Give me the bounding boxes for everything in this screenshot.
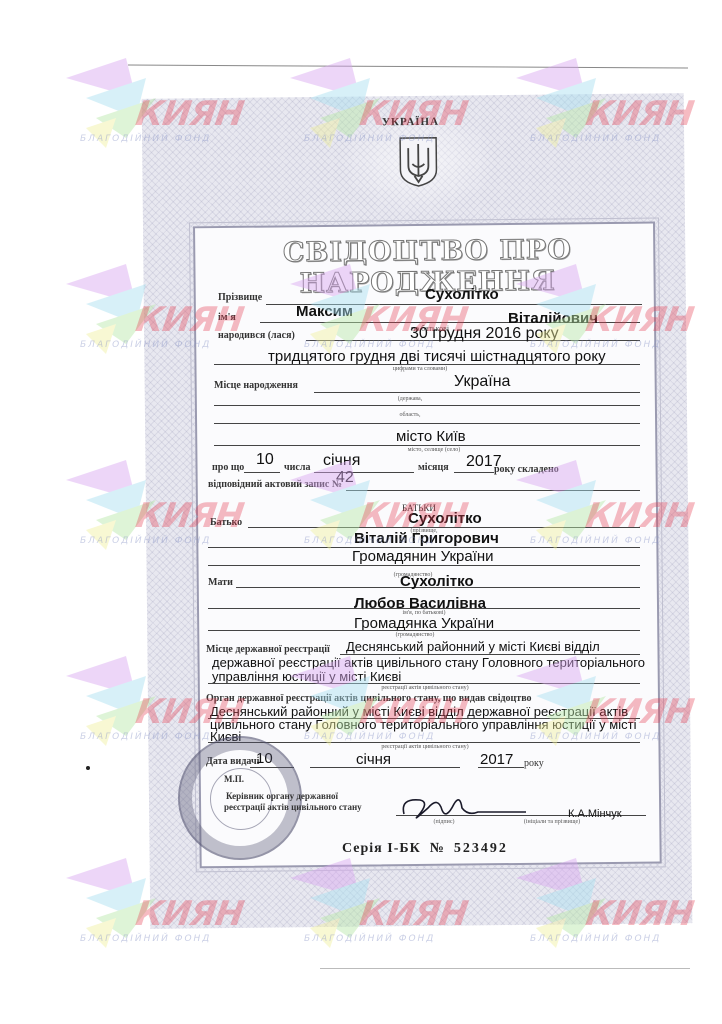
rule xyxy=(314,472,414,473)
rule xyxy=(214,423,640,424)
label-surname: Прізвище xyxy=(218,292,262,303)
caption-reg: реєстрації актів цивільного стану) xyxy=(370,685,480,691)
birth-date-words: тридцятого грудня дві тисячі шістнадцято… xyxy=(268,348,606,365)
serial-number: Серія І-БК № 523492 xyxy=(342,841,508,857)
label-day: числа xyxy=(284,462,310,473)
reg-place-line1: Деснянський районний у місті Києві відді… xyxy=(346,639,600,654)
rule xyxy=(208,565,640,566)
label-seal: М.П. xyxy=(224,774,244,784)
issuer-line2: цивільного стану Головного територіально… xyxy=(210,717,636,732)
child-surname: Сухолітко xyxy=(425,286,499,303)
rule xyxy=(454,472,494,473)
birth-date-digits: 30 грудня 2016 року xyxy=(410,325,559,343)
serial-digits: 523492 xyxy=(454,841,508,856)
issue-month: січня xyxy=(356,751,391,768)
watermark-tagline: БЛАГОДІЙНИЙ ФОНД xyxy=(80,934,211,944)
caption-citizenship: (громадянство) xyxy=(390,632,440,638)
birth-city: місто Київ xyxy=(396,428,466,445)
label-year-made: року складено xyxy=(494,464,559,475)
caption-region: область, xyxy=(390,412,430,418)
record-number: 42 xyxy=(336,469,354,487)
caption-signature: (підпис) xyxy=(424,819,464,825)
label-head-line1: Керівник органу державної xyxy=(226,791,338,801)
reg-place-line3: управління юстиції у місті Києві xyxy=(212,669,401,684)
father-surname: Сухолітко xyxy=(408,510,482,527)
scan-edge-top xyxy=(128,65,688,69)
label-about: про що xyxy=(212,462,244,473)
label-year: року xyxy=(524,758,544,769)
watermark-tagline: БЛАГОДІЙНИЙ ФОНД xyxy=(530,934,661,944)
trident-coat-of-arms-icon xyxy=(398,136,439,188)
label-born: народився (лася) xyxy=(218,330,295,341)
label-month: місяця xyxy=(418,462,449,473)
rule xyxy=(208,742,640,743)
rule xyxy=(208,630,640,631)
caption-reg: реєстрації актів цивільного стану) xyxy=(370,744,480,750)
label-record-number: відповідний актовий запис № xyxy=(208,479,342,490)
label-issuer: Орган державної реєстрації актів цивільн… xyxy=(206,693,532,704)
mother-surname: Сухолітко xyxy=(400,573,474,590)
rule xyxy=(214,445,640,446)
caption-city: місто, селище (село) xyxy=(394,447,474,453)
birth-country: Україна xyxy=(454,373,510,391)
scan-edge-bottom xyxy=(320,968,690,969)
caption-digits-words: цифрами та словами) xyxy=(380,366,460,372)
series-label: Серія І-БК xyxy=(342,841,421,856)
record-day: 10 xyxy=(256,451,274,469)
issue-year: 2017 xyxy=(480,751,513,768)
rule xyxy=(244,472,280,473)
caption-state: (держава, xyxy=(390,396,430,402)
label-mother: Мати xyxy=(208,577,233,588)
label-reg-place: Місце державної реєстрації xyxy=(206,644,330,655)
child-name: Максим xyxy=(296,303,353,320)
rule xyxy=(248,527,640,528)
scan-speck xyxy=(86,766,90,770)
reg-place-line2: державної реєстрації актів цивільного ст… xyxy=(212,655,645,670)
label-head-line2: реєстрації актів цивільного стану xyxy=(224,802,362,812)
rule xyxy=(346,490,640,491)
rule xyxy=(214,405,640,406)
country-heading: УКРАЇНА xyxy=(382,116,439,129)
father-name: Віталій Григорович xyxy=(354,530,499,547)
label-father: Батько xyxy=(210,517,242,528)
record-month: січня xyxy=(323,452,360,470)
label-name: ім'я xyxy=(218,312,236,323)
watermark-tagline: БЛАГОДІЙНИЙ ФОНД xyxy=(304,934,435,944)
father-citizenship: Громадянин України xyxy=(352,548,494,565)
label-birthplace: Місце народження xyxy=(214,380,298,391)
number-sign: № xyxy=(430,841,445,856)
rule xyxy=(208,683,640,684)
rule xyxy=(314,392,640,393)
caption-initials: (ініціали та прізвище) xyxy=(512,819,592,825)
rule xyxy=(208,608,640,609)
rule xyxy=(214,364,640,365)
